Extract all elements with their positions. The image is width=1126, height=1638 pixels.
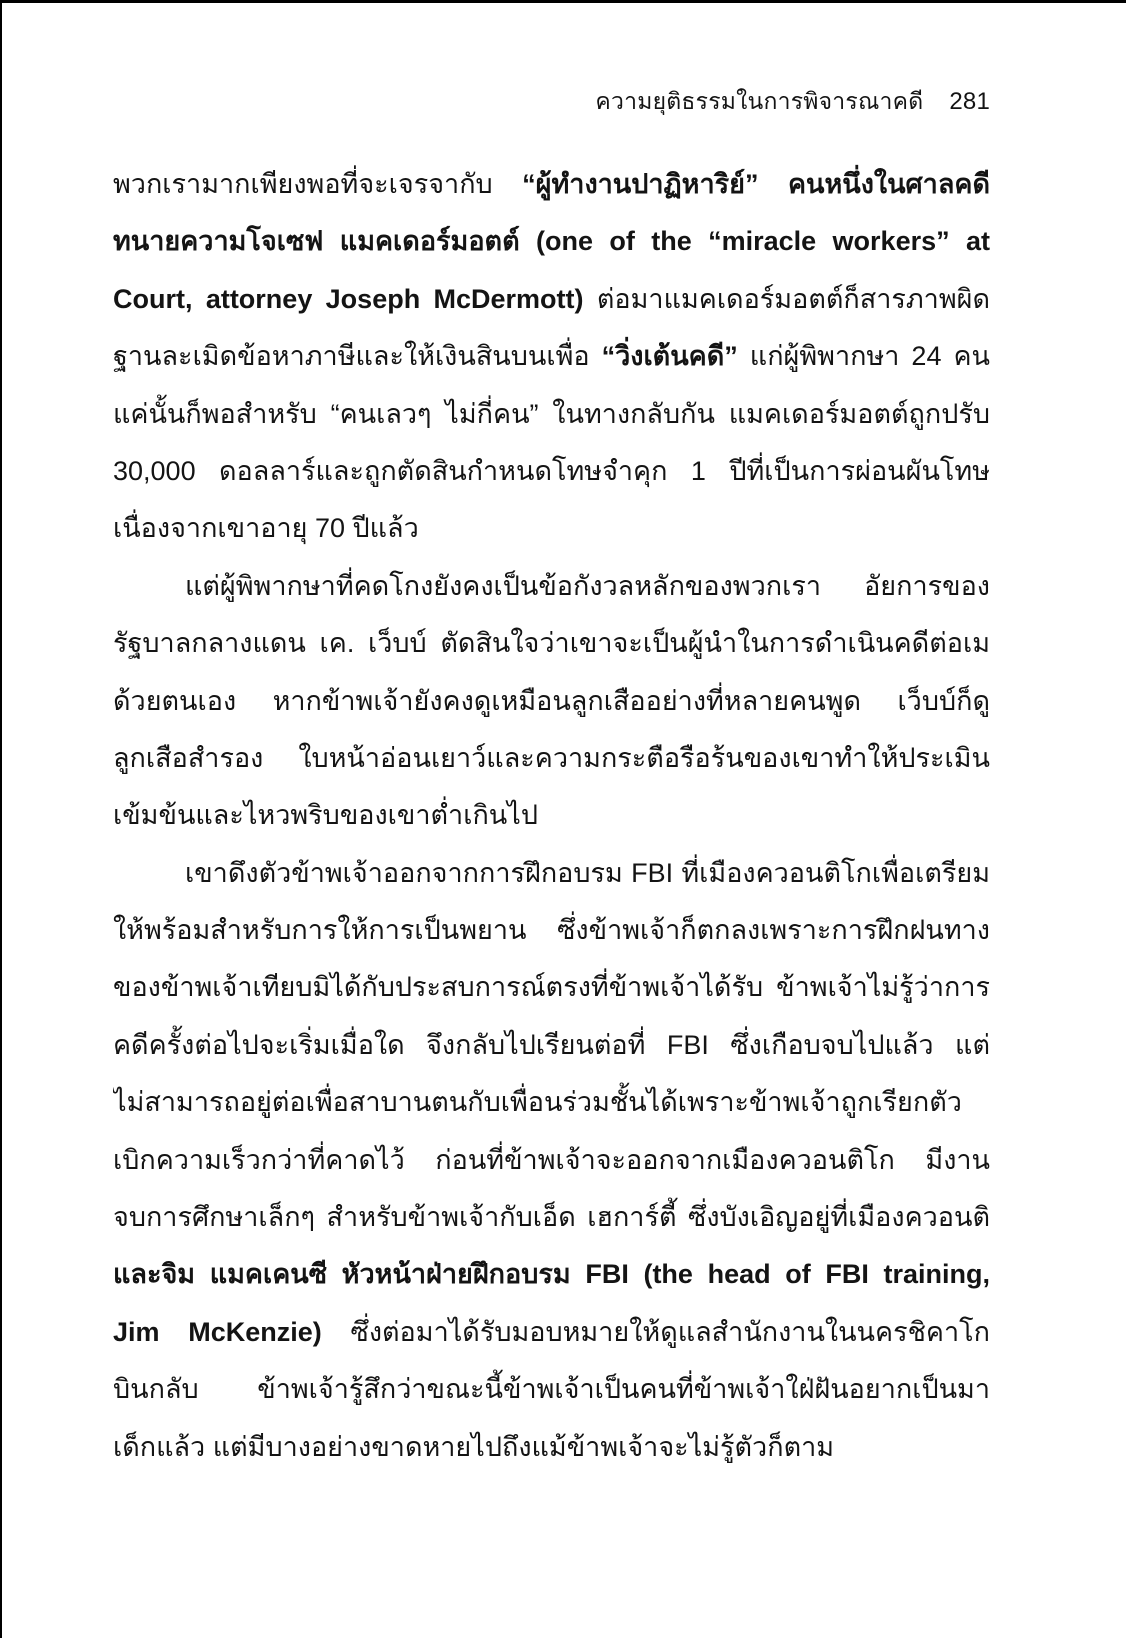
text-line: บินกลับ ข้าพเจ้ารู้สึกว่าขณะนี้ข้าพเจ้าเ… [113,1361,990,1418]
text-segment: ฐานละเมิดข้อหาภาษีและให้เงินสินบนเพื่อ [113,341,602,371]
text-line: ทนายความโจเซฟ แมคเดอร์มอตต์ (one of the … [113,213,990,270]
text-line: ลูกเสือสำรอง ใบหน้าอ่อนเยาว์และความกระตื… [113,730,990,787]
text-line: เด็กแล้ว แต่มีบางอย่างขาดหายไปถึงแม้ข้าพ… [113,1419,990,1476]
text-segment: ด้วยตนเอง หากข้าพเจ้ายังคงดูเหมือนลูกเสื… [113,686,990,730]
text-segment: บินกลับ ข้าพเจ้ารู้สึกว่าขณะนี้ข้าพเจ้าเ… [113,1374,990,1418]
running-title: ความยุติธรรมในการพิจารณาคดี [595,88,923,114]
bold-text-segment: ทนายความโจเซฟ แมคเดอร์มอตต์ (one of the … [113,226,990,270]
text-segment: พวกเรามากเพียงพอที่จะเจรจากับ [113,169,522,199]
text-line: Jim McKenzie) ซึ่งต่อมาได้รับมอบหมายให้ด… [113,1304,990,1361]
text-segment: ของข้าพเจ้าเทียบมิได้กับประสบการณ์ตรงที่… [113,972,990,1016]
text-line: และจิม แมคเคนซี หัวหน้าฝ่ายฝึกอบรม FBI (… [113,1246,990,1303]
page-number: 281 [949,88,990,116]
text-line: แต่ผู้พิพากษาที่คดโกงยังคงเป็นข้อกังวลหล… [113,558,990,615]
text-segment: คดีครั้งต่อไปจะเริ่มเมื่อใด จึงกลับไปเรี… [113,1030,990,1074]
text-line: เขาดึงตัวข้าพเจ้าออกจากการฝึกอบรม FBI ที… [113,845,990,902]
text-segment: ไม่สามารถอยู่ต่อเพื่อสาบานตนกับเพื่อนร่ว… [113,1087,962,1131]
text-segment: 30,000 ดอลลาร์และถูกตัดสินกำหนดโทษจำคุก … [113,456,990,486]
text-segment: แต่ผู้พิพากษาที่คดโกงยังคงเป็นข้อกังวลหล… [185,571,990,601]
bold-text-segment: และจิม แมคเคนซี หัวหน้าฝ่ายฝึกอบรม FBI (… [113,1259,990,1289]
text-line: ของข้าพเจ้าเทียบมิได้กับประสบการณ์ตรงที่… [113,959,990,1016]
text-segment: เขาดึงตัวข้าพเจ้าออกจากการฝึกอบรม FBI ที… [113,858,990,902]
text-segment: เบิกความเร็วกว่าที่คาดไว้ ก่อนที่ข้าพเจ้… [113,1145,990,1189]
text-segment: แก่ผู้พิพากษา 24 คน [738,341,990,371]
text-line: เข้มข้นและไหวพริบของเขาต่ำเกินไป [113,787,990,844]
body-text: พวกเรามากเพียงพอที่จะเจรจากับ “ผู้ทำงานป… [113,156,990,1476]
text-segment: เนื่องจากเขาอายุ 70 ปีแล้ว [113,513,419,543]
text-line: 30,000 ดอลลาร์และถูกตัดสินกำหนดโทษจำคุก … [113,443,990,500]
text-line: รัฐบาลกลางแดน เค. เว็บบ์ ตัดสินใจว่าเขาจ… [113,615,990,672]
text-line: เบิกความเร็วกว่าที่คาดไว้ ก่อนที่ข้าพเจ้… [113,1132,990,1189]
text-line: เนื่องจากเขาอายุ 70 ปีแล้ว [113,500,990,557]
text-line: จบการศึกษาเล็กๆ สำหรับข้าพเจ้ากับเอ็ด เฮ… [113,1189,990,1246]
text-segment: แค่นั้นก็พอสำหรับ “คนเลวๆ ไม่กี่คน” ในทา… [113,399,990,429]
bold-text-segment: Court, attorney Joseph McDermott) [113,284,584,314]
text-segment: จบการศึกษาเล็กๆ สำหรับข้าพเจ้ากับเอ็ด เฮ… [113,1202,990,1246]
bold-text-segment: “วิ่งเต้นคดี” [602,341,738,371]
text-segment: เด็กแล้ว แต่มีบางอย่างขาดหายไปถึงแม้ข้าพ… [113,1432,834,1462]
text-line: ไม่สามารถอยู่ต่อเพื่อสาบานตนกับเพื่อนร่ว… [113,1074,990,1131]
page-header: ความยุติธรรมในการพิจารณาคดี281 [113,84,990,120]
text-line: ด้วยตนเอง หากข้าพเจ้ายังคงดูเหมือนลูกเสื… [113,673,990,730]
text-line: ฐานละเมิดข้อหาภาษีและให้เงินสินบนเพื่อ “… [113,328,990,385]
text-line: Court, attorney Joseph McDermott) ต่อมาแ… [113,271,990,328]
text-segment: รัฐบาลกลางแดน เค. เว็บบ์ ตัดสินใจว่าเขาจ… [113,628,990,672]
text-segment: เข้มข้นและไหวพริบของเขาต่ำเกินไป [113,800,538,830]
scan-edge-left [0,0,2,1638]
text-segment: ต่อมาแมคเดอร์มอตต์ก็สารภาพผิด [584,284,990,314]
text-line: ให้พร้อมสำหรับการให้การเป็นพยาน ซึ่งข้าพ… [113,902,990,959]
text-line: คดีครั้งต่อไปจะเริ่มเมื่อใด จึงกลับไปเรี… [113,1017,990,1074]
scan-edge-top [0,0,1126,3]
text-segment: ให้พร้อมสำหรับการให้การเป็นพยาน ซึ่งข้าพ… [113,915,990,959]
bold-text-segment: Jim McKenzie) [113,1317,322,1347]
text-line: พวกเรามากเพียงพอที่จะเจรจากับ “ผู้ทำงานป… [113,156,990,213]
text-line: แค่นั้นก็พอสำหรับ “คนเลวๆ ไม่กี่คน” ในทา… [113,386,990,443]
text-segment: ลูกเสือสำรอง ใบหน้าอ่อนเยาว์และความกระตื… [113,743,990,787]
